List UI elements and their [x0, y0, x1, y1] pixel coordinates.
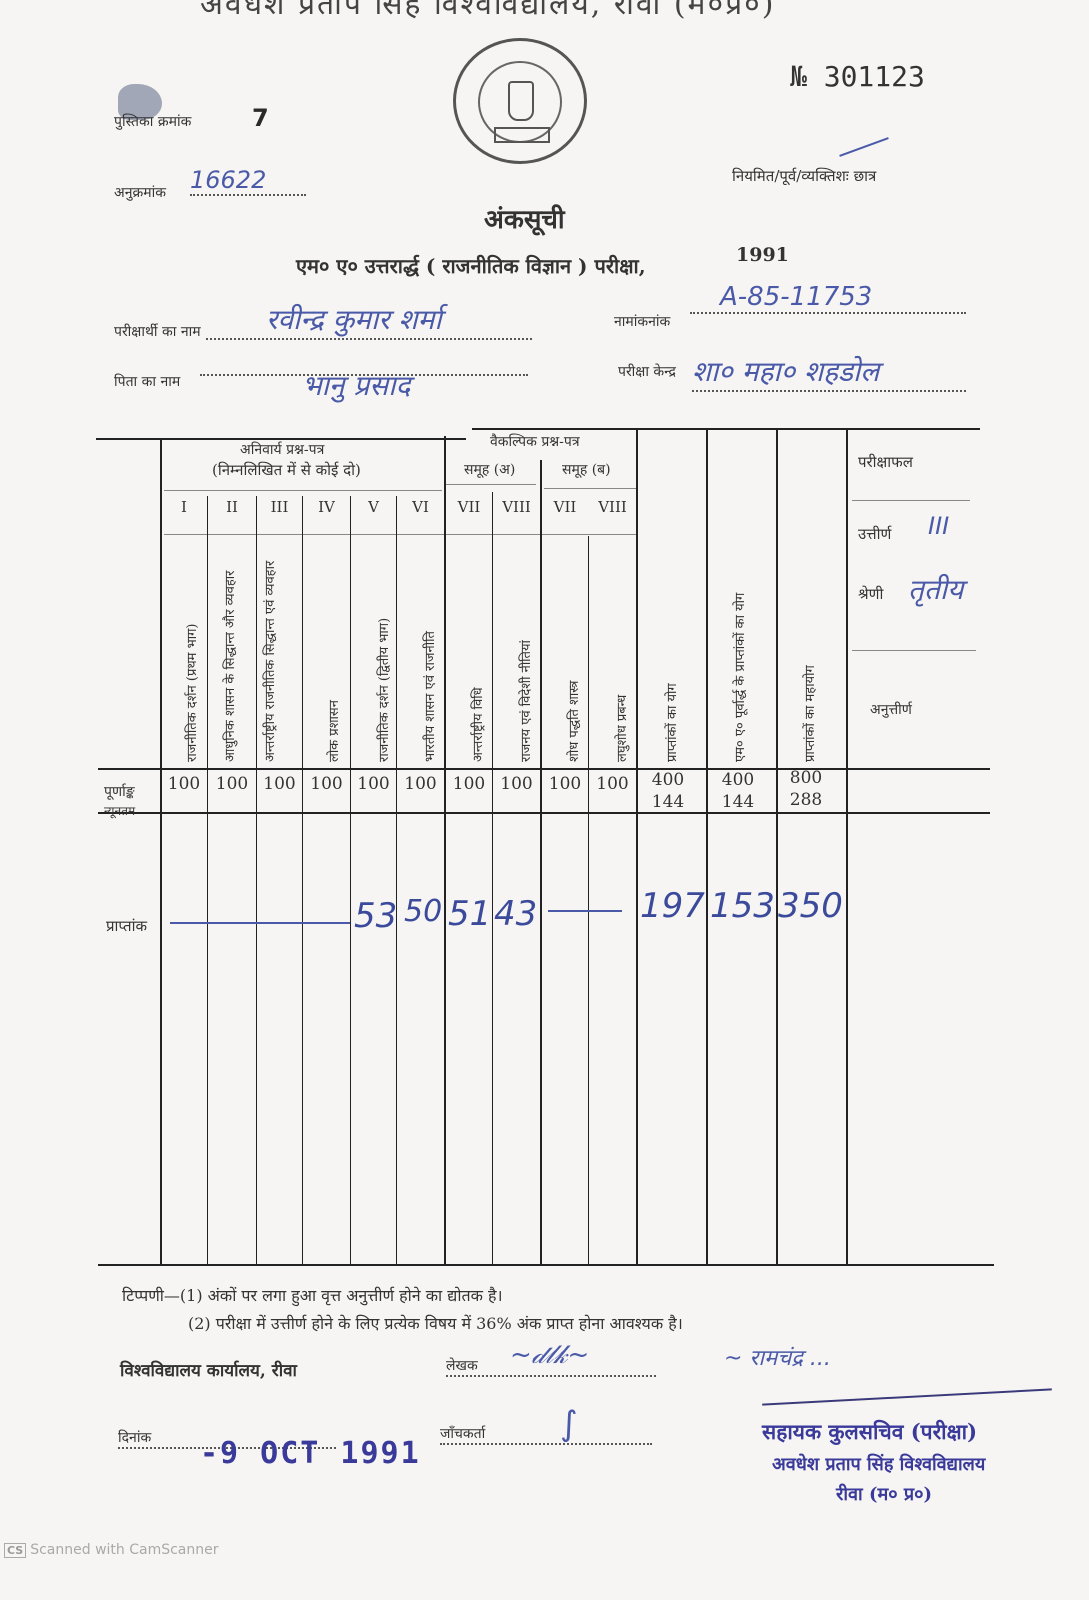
enrollment-value: A-85-11753	[690, 282, 966, 314]
full-marks-cell: 400	[708, 770, 768, 790]
subject-header: लोक प्रशासन	[326, 540, 344, 762]
full-marks-cell: 100	[303, 774, 350, 794]
subject-header: राजनीतिक दर्शन (द्वितीय भाग)	[376, 540, 394, 762]
subject-header: राजनीतिक दर्शन (प्रथम भाग)	[184, 540, 202, 762]
result-division-label: श्रेणी	[858, 584, 883, 604]
group-b-header: समूह (ब)	[562, 460, 611, 479]
result-pass-label: उत्तीर्ण	[858, 524, 891, 544]
paper-numeral: VIII	[493, 498, 540, 516]
obtained-mark: 50	[404, 894, 442, 929]
obtained-mark-total: 197	[640, 886, 705, 926]
paper-numeral: II	[208, 498, 256, 516]
exam-year: 1991	[736, 244, 789, 266]
min-marks-cell: 144	[638, 792, 698, 812]
signatory-title: सहायक कुलसचिव (परीक्षा)	[762, 1418, 977, 1446]
serial-label: №	[790, 60, 807, 93]
paper-numeral: IV	[303, 498, 350, 516]
signature-underline	[762, 1388, 1052, 1405]
full-marks-cell: 800	[778, 768, 834, 788]
father-name-label: पिता का नाम	[114, 372, 180, 391]
exam-centre-value: शा० महा० शहडोल	[692, 352, 966, 392]
paper-numeral: V	[351, 498, 396, 516]
obtained-mark: 43	[494, 894, 537, 934]
page-number-value: 7	[252, 104, 269, 132]
full-marks-cell: 100	[397, 774, 444, 794]
obtained-marks-label: प्राप्तांक	[106, 916, 147, 936]
checker-signature: ∫	[560, 1404, 578, 1444]
signatory-location: रीवा (म० प्र०)	[836, 1482, 932, 1506]
note-2: (2) परीक्षा में उत्तीर्ण होने के लिए प्र…	[188, 1312, 683, 1334]
candidate-name-value: रवीन्द्र कुमार शर्मा	[206, 300, 532, 340]
check-mark-icon	[839, 137, 889, 157]
subject-header: राजनय एवं विदेशी नीतियां	[518, 540, 536, 762]
group-a-header: समूह (अ)	[464, 460, 515, 479]
candidate-name-label: परीक्षार्थी का नाम	[114, 322, 201, 341]
min-marks-cell: 144	[708, 792, 768, 812]
camscanner-watermark: CS Scanned with CamScanner	[4, 1542, 219, 1558]
obtained-mark: 53	[354, 896, 397, 936]
subject-header: एम० ए० पूर्वार्द्ध के प्राप्तांकों का यो…	[732, 500, 750, 762]
father-name-value: भानु प्रसाद	[302, 366, 410, 404]
obtained-mark: 51	[448, 894, 491, 934]
serial-number: № 301123	[790, 60, 925, 93]
signatory-university: अवधेश प्रताप सिंह विश्वविद्यालय	[772, 1452, 985, 1476]
no-marks-dash	[548, 910, 622, 912]
full-marks-cell: 100	[162, 774, 206, 794]
full-marks-label: पूर्णाङ्क	[104, 782, 135, 801]
serial-value: 301123	[824, 60, 925, 93]
obtained-mark-grand-total: 350	[778, 886, 843, 926]
paper-numeral: VII	[542, 498, 588, 516]
student-type: नियमित/पूर्व/व्यक्तिशः छात्र	[732, 166, 876, 186]
checker-field: जाँचकर्ता	[440, 1424, 652, 1445]
writer-label: लेखक	[446, 1358, 478, 1374]
date-label: दिनांक	[118, 1430, 151, 1446]
subject-header: अन्तर्राष्ट्रीय राजनीतिक सिद्धान्त एवं व…	[262, 540, 298, 762]
registrar-signature: ~ रामचंद्र ...	[724, 1342, 831, 1372]
enrollment-label: नामांकनांक	[614, 312, 670, 331]
result-pass-value: III	[928, 512, 949, 540]
office-label: विश्वविद्यालय कार्यालय, रीवा	[120, 1358, 297, 1381]
camscanner-logo-icon: CS	[4, 1543, 26, 1558]
subject-header: आधुनिक शासन के सिद्धान्त और व्यवहार	[222, 540, 256, 762]
paper-numeral: I	[162, 498, 206, 516]
compulsory-group-header: अनिवार्य प्रश्न-पत्र	[240, 440, 324, 459]
roll-value: 16622	[190, 166, 306, 196]
full-marks-cell: 100	[493, 774, 540, 794]
paper-numeral: VIII	[589, 498, 636, 516]
result-header: परीक्षाफल	[858, 452, 913, 472]
date-stamp: -9 OCT 1991	[200, 1436, 421, 1471]
subject-header: प्राप्तांकों का योग	[664, 540, 682, 762]
obtained-mark-previous: 153	[710, 886, 775, 926]
full-marks-cell: 400	[638, 770, 698, 790]
full-marks-cell: 100	[589, 774, 636, 794]
university-title: अवधेश प्रताप सिंह विश्वविद्यालय, रीवा (म…	[200, 0, 900, 23]
full-marks-cell: 100	[542, 774, 588, 794]
exam-centre-label: परीक्षा केन्द्र	[618, 362, 676, 381]
full-marks-cell: 100	[208, 774, 256, 794]
subject-header: भारतीय शासन एवं राजनीति	[422, 540, 440, 762]
min-marks-cell: 288	[778, 790, 834, 810]
result-fail-label: अनुत्तीर्ण	[870, 700, 912, 719]
university-seal-icon	[453, 38, 587, 164]
paper-numeral: VI	[397, 498, 444, 516]
subject-header: शोध पद्धति शास्त्र	[566, 540, 584, 762]
subject-header: अन्तर्राष्ट्रीय विधि	[470, 540, 488, 762]
marksheet-heading: अंकसूची	[484, 200, 565, 236]
optional-group-header: वैकल्पिक प्रश्न-पत्र	[490, 432, 580, 451]
camscanner-text: Scanned with CamScanner	[30, 1542, 218, 1558]
subject-header: प्राप्तांकों का महायोग	[802, 540, 820, 762]
compulsory-group-subheader: (निम्नलिखित में से कोई दो)	[212, 460, 361, 480]
writer-signature: ~𝒹𝓁𝓀~	[510, 1340, 589, 1371]
no-marks-dash	[170, 922, 350, 924]
paper-numeral: III	[257, 498, 302, 516]
checker-label: जाँचकर्ता	[440, 1426, 485, 1442]
result-division-value: तृतीय	[908, 570, 963, 608]
full-marks-cell: 100	[257, 774, 302, 794]
full-marks-cell: 100	[446, 774, 492, 794]
page-number-label: पुस्तिका क्रमांक	[114, 112, 191, 131]
exam-title: एम० ए० उत्तरार्द्ध ( राजनीतिक विज्ञान ) …	[296, 252, 646, 279]
full-marks-cell: 100	[351, 774, 396, 794]
paper-numeral: VII	[446, 498, 492, 516]
min-marks-label: न्यूनतम	[104, 802, 135, 819]
roll-label: अनुक्रमांक	[114, 183, 166, 202]
note-1: टिप्पणी—(1) अंकों पर लगा हुआ वृत्त अनुत्…	[122, 1284, 503, 1306]
subject-header: लघुशोध प्रबन्ध	[614, 540, 632, 762]
